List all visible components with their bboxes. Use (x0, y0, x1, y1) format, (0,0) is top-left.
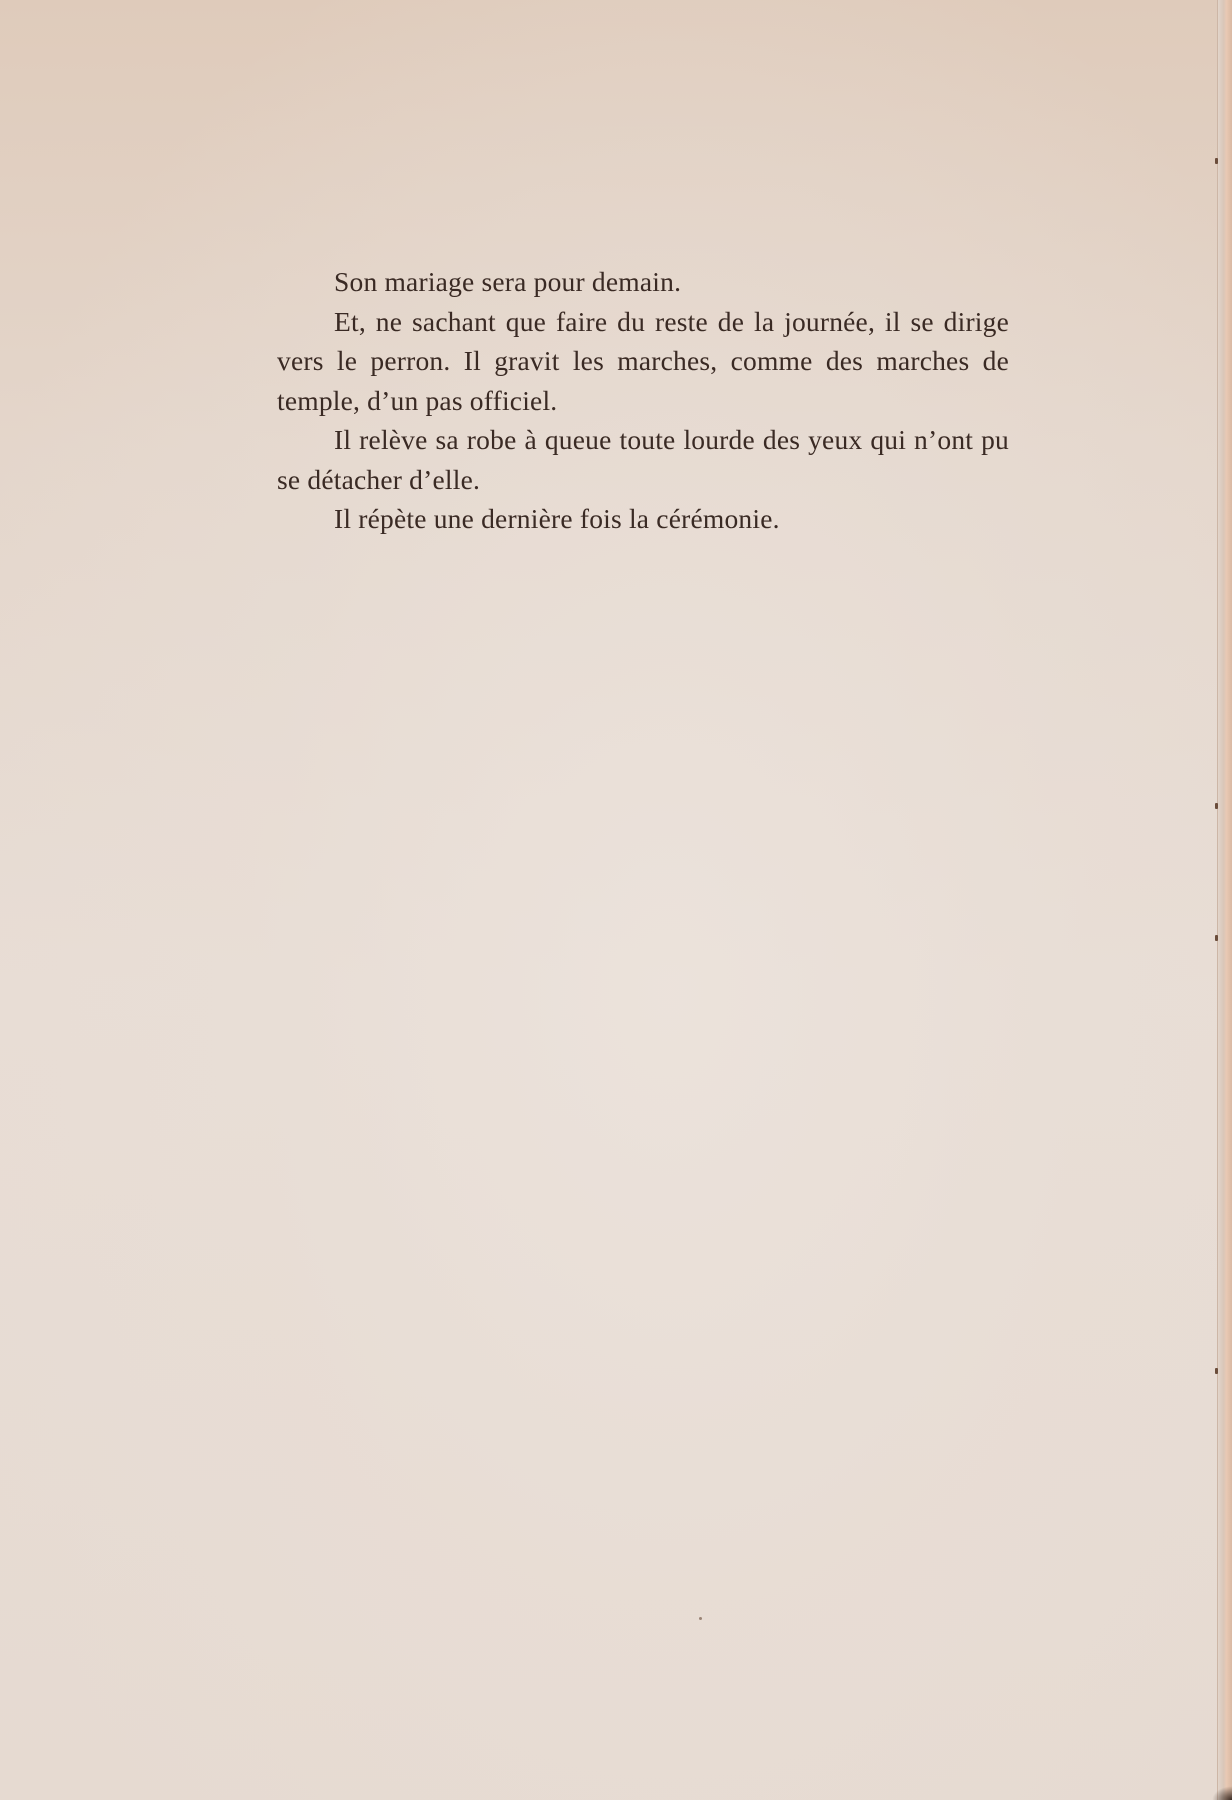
page-edge-mark (1215, 158, 1218, 164)
book-page: Son mariage sera pour demain. Et, ne sac… (0, 0, 1218, 1800)
corner-shadow (1212, 1786, 1232, 1800)
page-edge-mark (1215, 1368, 1218, 1374)
page-edge (1217, 0, 1232, 1800)
paragraph-3: Il relève sa robe à queue toute lourde d… (277, 420, 1009, 499)
paper-speck (699, 1617, 702, 1620)
paragraph-4: Il répète une dernière fois la cérémonie… (277, 499, 1009, 539)
page-edge-mark (1215, 935, 1218, 941)
page-edge-mark (1215, 803, 1218, 809)
paragraph-1: Son mariage sera pour demain. (277, 262, 1009, 302)
page-text-block: Son mariage sera pour demain. Et, ne sac… (277, 262, 1009, 539)
paragraph-2: Et, ne sachant que faire du reste de la … (277, 302, 1009, 421)
